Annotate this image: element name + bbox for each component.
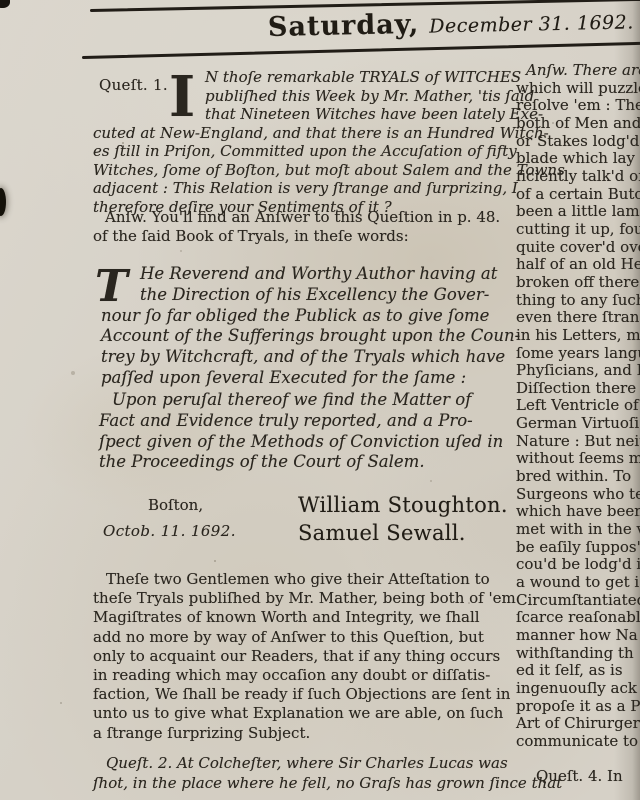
text-line: which have been	[516, 503, 640, 521]
text-line: Diſſection there w	[516, 380, 640, 398]
text-line: Surgeons who te	[516, 486, 640, 504]
text-line: be eaſily ſuppos'd	[516, 539, 640, 557]
text-line: half of an old He	[516, 256, 640, 274]
dateline-place: Boſton,	[148, 496, 236, 514]
text-line: both of Men and B	[516, 115, 640, 133]
text-line: unto us to give what Explanation we are …	[93, 704, 516, 723]
text-line: Witches, ſome of Boſton, but moſt about …	[93, 161, 525, 180]
question-1-label: Queſt. 1.	[99, 76, 168, 94]
dateline-date: Octob. 11. 1692.	[103, 522, 236, 540]
text-line: reſolve 'em : The	[516, 97, 640, 115]
text-line: Anſw. You'll find an Anſwer to this Queſ…	[105, 208, 500, 227]
text-line: in reading which may occaſion any doubt …	[93, 666, 516, 685]
text-line: cou'd be lodg'd i	[516, 556, 640, 574]
text-line: been a little lame	[516, 203, 640, 221]
text-line: blade which lay lo	[516, 150, 640, 168]
text-line: Fact and Evidence truly reported, and a …	[99, 411, 503, 432]
text-line: withſtanding th	[516, 645, 640, 663]
text-line: ſome years languiſh	[516, 345, 640, 363]
right-column-text: Anſw. There arewhich will puzzlereſolve …	[516, 62, 640, 751]
text-line: propoſe it as a P	[516, 698, 640, 716]
text-line: adjacent : This Relation is very ſtrange…	[93, 179, 525, 198]
text-line: broken off there	[516, 274, 640, 292]
text-line: nour ſo far obliged the Publick as to gi…	[101, 306, 525, 327]
quote-paragraph-1: He Reverend and Worthy Author having att…	[93, 264, 525, 389]
text-line: Samuel Sewall.	[298, 520, 508, 548]
text-line: met with in the v	[516, 521, 640, 539]
text-line: the Proceedings of the Court of Salem.	[99, 452, 503, 473]
text-line: William Stoughton.	[298, 492, 508, 520]
text-line: Left Ventricle of t	[516, 397, 640, 415]
text-line: trey by Witchcraft, and of the Tryals wh…	[101, 347, 525, 368]
text-line: or Stakes lodg'd in	[516, 133, 640, 151]
newspaper-page: Saturday,December 31. 1692.Lice Queſt. 1…	[0, 0, 640, 800]
text-line: manner how Na	[516, 627, 640, 645]
drop-cap-i: I	[169, 70, 195, 124]
text-line: theſe Tryals publiſhed by Mr. Mather, be…	[93, 589, 516, 608]
right-column: Anſw. There arewhich will puzzlereſolve …	[516, 62, 640, 785]
text-line: of a certain Butche	[516, 186, 640, 204]
text-line: ſcarce reaſonable	[516, 609, 640, 627]
text-line: add no more by way of Anſwer to this Que…	[93, 628, 516, 647]
text-line: which will puzzle	[516, 80, 640, 98]
question-2-block: Queſt. 2. At Colcheſter, where Sir Charl…	[93, 754, 562, 793]
text-line: es ſtill in Priſon, Committed upon the A…	[93, 142, 525, 161]
text-line: Theſe two Gentlemen who give their Atteſ…	[106, 570, 516, 589]
text-line: bred within. To	[516, 468, 640, 486]
text-line: quite cover'd over	[516, 239, 640, 257]
masthead-day: Saturday,	[268, 9, 420, 43]
masthead-date: December 31. 1692.	[429, 11, 634, 37]
text-line: communicate to	[516, 733, 640, 751]
text-line: a wound to get i	[516, 574, 640, 592]
text-line: thing to any ſuch	[516, 292, 640, 310]
paper-speckles	[0, 0, 2, 2]
text-line: ingenuouſly ack	[516, 680, 640, 698]
quote-paragraph-2: Upon peruſal thereof we find the Matter …	[93, 390, 503, 473]
text-line: publiſhed this Week by Mr. Mather, 'tis …	[205, 87, 525, 106]
text-line: ſhot, in the place where he fell, no Gra…	[93, 774, 562, 794]
text-line: only to acquaint our Readers, that if an…	[93, 647, 516, 666]
text-line: that Nineteen Witches have been lately E…	[205, 105, 525, 124]
text-line: German Virtuoſi g	[516, 415, 640, 433]
drop-cap-t: T	[95, 266, 128, 308]
question-1-block: Queſt. 1. I N thoſe remarkable TRYALS of…	[93, 66, 525, 216]
text-line: paſſed upon ſeveral Executed for the ſam…	[101, 368, 525, 389]
text-line: cutting it up, foun	[516, 221, 640, 239]
text-line: without ſeems mo	[516, 450, 640, 468]
text-line: ſpect given of the Methods of Conviction…	[99, 432, 503, 453]
text-line: a ſtrange ſurprizing Subject.	[93, 724, 516, 743]
boston-dateline: Boſton, Octob. 11. 1692.	[93, 496, 236, 540]
text-line: He Reverend and Worthy Author having at	[140, 264, 525, 285]
text-line: Upon peruſal thereof we find the Matter …	[112, 390, 503, 411]
text-line: ficiently talk'd of	[516, 168, 640, 186]
text-line: cuted at New-England, and that there is …	[93, 124, 525, 143]
text-line: Nature : But neit	[516, 433, 640, 451]
text-line: of the ſaid Book of Tryals, in theſe wor…	[93, 227, 500, 246]
text-line: faction, We ſhall be ready if ſuch Objec…	[93, 685, 516, 704]
text-line: Phyſicians, and D	[516, 362, 640, 380]
signatures: William Stoughton.Samuel Sewall.	[298, 492, 508, 547]
text-line: Anſw. There are	[526, 62, 640, 80]
text-line: in his Letters, mak	[516, 327, 640, 345]
text-line: N thoſe remarkable TRYALS of WITCHES	[205, 68, 525, 87]
text-line: Art of Chirurgery	[516, 715, 640, 733]
text-line: Circumſtantiated,	[516, 592, 640, 610]
editors-note-paragraph: Theſe two Gentlemen who give their Atteſ…	[93, 570, 516, 743]
answer-1-paragraph: Anſw. You'll find an Anſwer to this Queſ…	[93, 208, 500, 245]
question-4-label: Queſt. 4. In	[536, 767, 640, 785]
text-line: Account of the Sufferings brought upon t…	[101, 326, 525, 347]
text-line: Magiſtrates of known Worth and Integrity…	[93, 608, 516, 627]
text-line: even there ſtrange	[516, 309, 640, 327]
text-line: the Direction of his Excellency the Gove…	[140, 285, 525, 306]
text-line: ed it ſelf, as is	[516, 662, 640, 680]
text-line: Queſt. 2. At Colcheſter, where Sir Charl…	[106, 754, 562, 774]
left-column: Queſt. 1. I N thoſe remarkable TRYALS of…	[93, 66, 525, 800]
attestation-quote-block: T He Reverend and Worthy Author having a…	[93, 264, 525, 389]
